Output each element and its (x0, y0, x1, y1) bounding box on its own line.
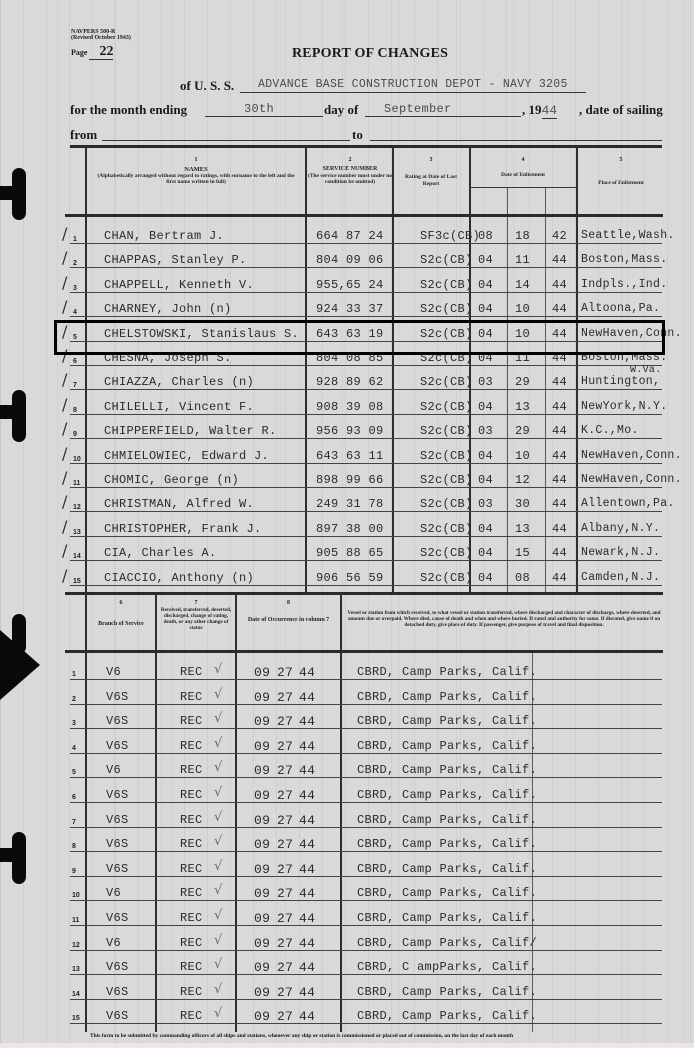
date-month-cell: 09 (254, 960, 270, 975)
name-cell: CHAPPELL, Kenneth V. (104, 278, 254, 292)
row-number: 6 (73, 358, 77, 365)
enlist-year-cell: 44 (552, 546, 567, 560)
row-number: 4 (72, 745, 76, 752)
checkmark-icon: √ (214, 957, 222, 972)
row-rule (70, 243, 662, 244)
date-year-cell: 44 (299, 788, 315, 803)
table-row[interactable]: 11V6SREC√092744CBRD, Camp Parks, Calif. (0, 908, 694, 932)
enlist-month-cell: 03 (478, 497, 493, 511)
enlist-day-cell: 14 (515, 278, 530, 292)
table-row[interactable]: 10V6REC√092744CBRD, Camp Parks, Calif. (0, 883, 694, 907)
table-row[interactable]: 9V6SREC√092744CBRD, Camp Parks, Calif. (0, 859, 694, 883)
col2-header: 2 SERVICE NUMBER (The service number mus… (308, 157, 392, 185)
row-number: 7 (73, 382, 77, 389)
uss-value: ADVANCE BASE CONSTRUCTION DEPOT - NAVY 3… (258, 78, 568, 91)
date-year-cell: 44 (299, 813, 315, 828)
row-rule (70, 802, 662, 803)
station-cell: CBRD, C ampParks, Calif. (357, 960, 537, 974)
enlist-day-cell: 10 (515, 449, 530, 463)
row-rule (70, 365, 662, 366)
row-rule (70, 900, 662, 901)
name-cell: CHAN, Bertram J. (104, 229, 224, 243)
table-row[interactable]: 15V6SREC√092744CBRD, Camp Parks, Calif. (0, 1006, 694, 1030)
place-note-cell: W.Va. (630, 365, 662, 376)
checkmark-icon: √ (214, 859, 222, 874)
page-number-field: Page 22 (71, 44, 113, 60)
enlist-day-cell: 11 (515, 253, 530, 267)
checkmark-icon: √ (214, 760, 222, 775)
date-year-cell: 44 (299, 739, 315, 754)
year-prefix: , 19 (522, 102, 542, 117)
date-year-cell: 44 (299, 837, 315, 852)
uss-label: of U. S. S. (180, 78, 234, 94)
row-rule (70, 925, 662, 926)
row-number: 13 (73, 529, 81, 536)
rating-cell: S2c(CB) (420, 302, 473, 316)
rating-cell: S2c(CB) (420, 400, 473, 414)
col8-header: 8 Date of Occurrence in column 7 (237, 600, 340, 624)
enlist-month-cell: 04 (478, 571, 493, 585)
row-number: 6 (72, 794, 76, 801)
name-cell: CHRISTMAN, Alfred W. (104, 497, 254, 511)
enlist-day-cell: 29 (515, 375, 530, 389)
tick-mark-icon: / (62, 419, 67, 438)
place-cell: K.C.,Mo. (581, 424, 639, 437)
enlist-month-cell: 04 (478, 278, 493, 292)
place-cell: NewHaven,Conn. (581, 449, 682, 462)
station-cell: CBRD, Camp Parks, Calif. (357, 665, 537, 679)
table-row[interactable]: /12CHRISTMAN, Alfred W.249 31 78S2c(CB)0… (0, 494, 694, 518)
enlist-day-cell: 29 (515, 424, 530, 438)
day-of-label: day of (324, 102, 358, 118)
table-row[interactable]: 8V6SREC√092744CBRD, Camp Parks, Calif. (0, 834, 694, 858)
date-day-cell: 27 (277, 690, 293, 705)
station-cell: CBRD, Camp Parks, Calif. (357, 788, 537, 802)
row-rule (70, 511, 662, 512)
enlist-month-cell: 04 (478, 449, 493, 463)
row-rule (70, 999, 662, 1000)
date-year-cell: 44 (299, 1009, 315, 1024)
date-day-cell: 27 (277, 788, 293, 803)
col2-num: 2 (308, 157, 392, 164)
col3-num: 3 (394, 157, 468, 164)
branch-cell: V6 (106, 665, 121, 679)
service-number-cell: 908 39 08 (316, 400, 384, 414)
status-cell: REC (180, 714, 203, 728)
enlist-year-cell: 44 (552, 424, 567, 438)
date-month-cell: 09 (254, 936, 270, 951)
date-year-cell: 44 (299, 960, 315, 975)
month-ending-label: for the month ending (70, 102, 187, 118)
name-cell: CHIPPERFIELD, Walter R. (104, 424, 277, 438)
place-cell: Albany,N.Y. (581, 522, 660, 535)
date-day-cell: 27 (277, 862, 293, 877)
row-number: 13 (72, 966, 80, 973)
enlist-month-cell: 03 (478, 424, 493, 438)
table-row[interactable]: /15CIACCIO, Anthony (n)906 56 59S2c(CB)0… (0, 568, 694, 592)
row-number: 11 (73, 480, 80, 487)
row-rule (70, 679, 662, 680)
year-suffix: 44 (542, 103, 558, 119)
service-number-cell: 955,65 24 (316, 278, 384, 292)
enlist-day-cell: 15 (515, 546, 530, 560)
place-cell: Newark,N.J. (581, 546, 660, 559)
station-cell: CBRD, Camp Parks, Calif. (357, 911, 537, 925)
binder-clip-top-arm (0, 186, 20, 200)
enlist-year-cell: 44 (552, 449, 567, 463)
enl-sub-rule (469, 187, 576, 188)
checkmark-icon: √ (214, 785, 222, 800)
row-rule (70, 851, 662, 852)
rating-cell: S2c(CB) (420, 497, 473, 511)
service-number-cell: 664 87 24 (316, 229, 384, 243)
col3-title: Rating at Date of Last Report (394, 174, 468, 188)
table-row[interactable]: 1V6REC√092744CBRD, Camp Parks, Calif. (0, 662, 694, 686)
table-row[interactable]: 6V6SREC√092744CBRD, Camp Parks, Calif. (0, 785, 694, 809)
name-cell: CHIAZZA, Charles (n) (104, 375, 254, 389)
page-label: Page (71, 48, 87, 57)
upper-header-bottom-rule (65, 214, 663, 217)
tick-mark-icon: / (62, 541, 67, 560)
place-cell: Camden,N.J. (581, 571, 660, 584)
station-cell: CBRD, Camp Parks, Calif. (357, 862, 537, 876)
row-rule (70, 267, 662, 268)
date-day-cell: 27 (277, 985, 293, 1000)
month-day-value: 30th (244, 102, 274, 116)
date-year-cell: 44 (299, 690, 315, 705)
from-label: from (70, 127, 97, 143)
checkmark-icon: √ (214, 908, 222, 923)
table-row[interactable]: /14CIA, Charles A.905 88 65S2c(CB)041544… (0, 543, 694, 567)
status-cell: REC (180, 837, 203, 851)
checkmark-icon: √ (214, 711, 222, 726)
table-row[interactable]: 3V6SREC√092744CBRD, Camp Parks, Calif. (0, 711, 694, 735)
date-month-cell: 09 (254, 837, 270, 852)
row-number: 12 (73, 504, 81, 511)
date-month-cell: 09 (254, 1009, 270, 1024)
row-number: 1 (73, 236, 77, 243)
checkmark-icon: √ (214, 982, 222, 997)
col6-title: Branch of Service (87, 621, 155, 628)
row-number: 15 (72, 1015, 80, 1022)
station-cell: CBRD, Camp Parks, Calif. (357, 690, 537, 704)
service-number-cell: 905 88 65 (316, 546, 384, 560)
year-label: , 1944 (522, 102, 557, 118)
name-cell: CHAPPAS, Stanley P. (104, 253, 247, 267)
rating-cell: S2c(CB) (420, 278, 473, 292)
col2-title: SERVICE NUMBER (308, 166, 392, 173)
rating-cell: SF3c(CB) (420, 229, 480, 243)
enlist-month-cell: 04 (478, 400, 493, 414)
table-row[interactable]: /13CHRISTOPHER, Frank J.897 38 00S2c(CB)… (0, 519, 694, 543)
status-cell: REC (180, 911, 203, 925)
station-cell: CBRD, Camp Parks, Calif/ (357, 936, 537, 950)
row-rule (70, 292, 662, 293)
enlist-year-cell: 44 (552, 522, 567, 536)
tick-mark-icon: / (62, 517, 67, 536)
station-cell: CBRD, Camp Parks, Calif. (357, 714, 537, 728)
row-number: 11 (72, 917, 79, 924)
month-day-underline (205, 116, 323, 117)
enlist-month-cell: 04 (478, 522, 493, 536)
table-row[interactable]: 2V6SREC√092744CBRD, Camp Parks, Calif. (0, 687, 694, 711)
form-id: NAVPERS 500-R (Revised October 1943) (71, 29, 131, 41)
checkmark-icon: √ (214, 834, 222, 849)
col8-title: Date of Occurrence in column 7 (237, 617, 340, 624)
enlist-month-cell: 04 (478, 546, 493, 560)
tick-mark-icon: / (62, 248, 67, 267)
row-rule (70, 487, 662, 488)
date-year-cell: 44 (299, 936, 315, 951)
place-cell: Seattle,Wash. (581, 229, 675, 242)
row-rule (70, 1023, 662, 1024)
enlist-year-cell: 44 (552, 302, 567, 316)
table-row[interactable]: 12V6REC√092744CBRD, Camp Parks, Calif/ (0, 933, 694, 957)
date-year-cell: 44 (299, 763, 315, 778)
col5-num: 5 (578, 157, 664, 164)
row-number: 10 (72, 892, 80, 899)
table-row[interactable]: 7V6SREC√092744CBRD, Camp Parks, Calif. (0, 810, 694, 834)
table-row[interactable]: /3CHAPPELL, Kenneth V.955,65 24S2c(CB)04… (0, 275, 694, 299)
rating-cell: S2c(CB) (420, 424, 473, 438)
date-year-cell: 44 (299, 886, 315, 901)
row-rule (70, 777, 662, 778)
branch-cell: V6S (106, 985, 129, 999)
row-number: 8 (73, 407, 77, 414)
lower-header-bottom-rule (65, 650, 663, 653)
date-day-cell: 27 (277, 739, 293, 754)
row-number: 14 (73, 553, 81, 560)
date-month-cell: 09 (254, 886, 270, 901)
col4-title: Date of Enlistment (470, 172, 576, 179)
table-row[interactable]: 4V6SREC√092744CBRD, Camp Parks, Calif. (0, 736, 694, 760)
date-day-cell: 27 (277, 837, 293, 852)
date-year-cell: 44 (299, 911, 315, 926)
row-number: 2 (73, 260, 77, 267)
row-number: 9 (73, 431, 77, 438)
row-rule (70, 876, 662, 877)
date-day-cell: 27 (277, 936, 293, 951)
date-month-cell: 09 (254, 911, 270, 926)
col7-title: Received, transferred, deserted, dischar… (157, 607, 235, 631)
table-row[interactable]: /9CHIPPERFIELD, Walter R.956 93 09S2c(CB… (0, 421, 694, 445)
date-day-cell: 27 (277, 714, 293, 729)
station-cell: CBRD, Camp Parks, Calif. (357, 837, 537, 851)
row-number: 3 (73, 285, 77, 292)
uss-underline (240, 92, 586, 93)
highlighted-row-box (54, 320, 665, 355)
date-day-cell: 27 (277, 960, 293, 975)
enlist-day-cell: 18 (515, 229, 530, 243)
row-number: 8 (72, 843, 76, 850)
row-rule (70, 950, 662, 951)
table-row[interactable]: 5V6REC√092744CBRD, Camp Parks, Calif. (0, 760, 694, 784)
service-number-cell: 643 63 11 (316, 449, 384, 463)
place-cell: Indpls.,Ind. (581, 278, 667, 291)
row-number: 9 (72, 868, 76, 875)
enlist-year-cell: 44 (552, 375, 567, 389)
page-number: 22 (89, 44, 113, 60)
service-number-cell: 956 93 09 (316, 424, 384, 438)
table-row[interactable]: 13V6SREC√092744CBRD, C ampParks, Calif. (0, 957, 694, 981)
date-month-cell: 09 (254, 813, 270, 828)
rating-cell: S2c(CB) (420, 522, 473, 536)
col5-title: Place of Enlistment (578, 180, 664, 187)
checkmark-icon: √ (214, 933, 222, 948)
col1-header: 1 NAMES (Alphabetically arranged without… (88, 157, 304, 185)
enlist-year-cell: 44 (552, 497, 567, 511)
row-number: 14 (72, 991, 80, 998)
service-number-cell: 804 09 06 (316, 253, 384, 267)
enlist-month-cell: 08 (478, 229, 493, 243)
to-label: to (352, 127, 363, 143)
status-cell: REC (180, 886, 203, 900)
table-row[interactable]: /1CHAN, Bertram J.664 87 24SF3c(CB)08184… (0, 226, 694, 250)
month-value: September (384, 102, 452, 116)
table-row[interactable]: /7CHIAZZA, Charles (n)928 89 62S2c(CB)03… (0, 372, 694, 396)
service-number-cell: 249 31 78 (316, 497, 384, 511)
checkmark-icon: √ (214, 736, 222, 751)
station-cell: CBRD, Camp Parks, Calif. (357, 985, 537, 999)
date-month-cell: 09 (254, 739, 270, 754)
enlist-day-cell: 12 (515, 473, 530, 487)
row-number: 5 (72, 769, 76, 776)
name-cell: CHARNEY, John (n) (104, 302, 232, 316)
status-cell: REC (180, 788, 203, 802)
checkmark-icon: √ (214, 1006, 222, 1021)
service-number-cell: 924 33 37 (316, 302, 384, 316)
col1-title: NAMES (88, 166, 304, 173)
place-cell: NewYork,N.Y. (581, 400, 667, 413)
status-cell: REC (180, 1009, 203, 1023)
place-cell: Boston,Mass. (581, 253, 667, 266)
rating-cell: S2c(CB) (420, 546, 473, 560)
checkmark-icon: √ (214, 883, 222, 898)
rating-cell: S2c(CB) (420, 571, 473, 585)
name-cell: CIACCIO, Anthony (n) (104, 571, 254, 585)
col9-title: Vessel or station from which received, t… (344, 610, 664, 628)
col2-sub: (The service number must under no condit… (308, 173, 392, 185)
name-cell: CHRISTOPHER, Frank J. (104, 522, 262, 536)
row-rule (70, 463, 662, 464)
row-number: 1 (72, 671, 76, 678)
col6-num: 6 (87, 600, 155, 607)
month-underline (365, 116, 521, 117)
status-cell: REC (180, 763, 203, 777)
row-number: 15 (73, 578, 81, 585)
date-month-cell: 09 (254, 763, 270, 778)
station-cell: CBRD, Camp Parks, Calif. (357, 886, 537, 900)
station-cell: CBRD, Camp Parks, Calif. (357, 1009, 537, 1023)
col8-num: 8 (237, 600, 340, 607)
row-number: 2 (72, 696, 76, 703)
table-row[interactable]: 14V6SREC√092744CBRD, Camp Parks, Calif. (0, 982, 694, 1006)
tick-mark-icon: / (62, 444, 67, 463)
row-rule (70, 536, 662, 537)
service-number-cell: 928 89 62 (316, 375, 384, 389)
enlist-month-cell: 03 (478, 375, 493, 389)
service-number-cell: 906 56 59 (316, 571, 384, 585)
table-row[interactable]: /8CHILELLI, Vincent F.908 39 08S2c(CB)04… (0, 397, 694, 421)
col6-header: 6 Branch of Service (87, 600, 155, 628)
sailing-label: , date of sailing (579, 102, 663, 118)
col7-header: 7 Received, transferred, deserted, disch… (157, 600, 235, 631)
branch-cell: V6 (106, 936, 121, 950)
date-year-cell: 44 (299, 665, 315, 680)
tick-mark-icon: / (62, 566, 67, 585)
row-rule (70, 389, 662, 390)
checkmark-icon: √ (214, 810, 222, 825)
col4-header: 4 Date of Enlistment (470, 157, 576, 179)
table-row[interactable]: /2CHAPPAS, Stanley P.804 09 06S2c(CB)041… (0, 250, 694, 274)
tick-mark-icon: / (62, 395, 67, 414)
enlist-day-cell: 10 (515, 302, 530, 316)
checkmark-icon: √ (214, 687, 222, 702)
branch-cell: V6S (106, 739, 129, 753)
report-title: REPORT OF CHANGES (292, 46, 448, 62)
date-day-cell: 27 (277, 911, 293, 926)
footer-note: This form to be submitted by commanding … (90, 1033, 513, 1039)
date-day-cell: 27 (277, 1009, 293, 1024)
col1-num: 1 (88, 157, 304, 164)
to-underline (370, 140, 662, 141)
branch-cell: V6S (106, 862, 129, 876)
branch-cell: V6 (106, 763, 121, 777)
rating-cell: S2c(CB) (420, 375, 473, 389)
enlist-year-cell: 44 (552, 473, 567, 487)
enlist-month-cell: 04 (478, 302, 493, 316)
row-number: 10 (73, 456, 81, 463)
header-rule (70, 145, 662, 148)
date-day-cell: 27 (277, 665, 293, 680)
status-cell: REC (180, 665, 203, 679)
date-year-cell: 44 (299, 714, 315, 729)
branch-cell: V6S (106, 813, 129, 827)
date-day-cell: 27 (277, 886, 293, 901)
rating-cell: S2c(CB) (420, 449, 473, 463)
place-cell: Allentown,Pa. (581, 497, 675, 510)
place-cell: Huntington, (581, 375, 660, 388)
checkmark-icon: √ (214, 662, 222, 677)
status-cell: REC (180, 690, 203, 704)
tick-mark-icon: / (62, 370, 67, 389)
enlist-month-cell: 04 (478, 253, 493, 267)
enlist-year-cell: 44 (552, 278, 567, 292)
branch-cell: V6S (106, 837, 129, 851)
name-cell: CHILELLI, Vincent F. (104, 400, 254, 414)
form-revised-text: (Revised October 1943) (71, 35, 131, 41)
row-rule (70, 316, 662, 317)
tick-mark-icon: / (62, 468, 67, 487)
col9-header: Vessel or station from which received, t… (344, 610, 664, 628)
tick-mark-icon: / (62, 224, 67, 243)
date-month-cell: 09 (254, 714, 270, 729)
status-cell: REC (180, 960, 203, 974)
name-cell: CHMIELOWIEC, Edward J. (104, 449, 269, 463)
enlist-year-cell: 44 (552, 253, 567, 267)
status-cell: REC (180, 739, 203, 753)
col7-num: 7 (157, 600, 235, 607)
table-row[interactable]: /10CHMIELOWIEC, Edward J.643 63 11S2c(CB… (0, 446, 694, 470)
branch-cell: V6S (106, 714, 129, 728)
branch-cell: V6S (106, 690, 129, 704)
name-cell: CHOMIC, George (n) (104, 473, 239, 487)
row-rule (70, 974, 662, 975)
table-row[interactable]: /11CHOMIC, George (n)898 99 66S2c(CB)041… (0, 470, 694, 494)
enlist-day-cell: 13 (515, 400, 530, 414)
row-rule (70, 827, 662, 828)
from-underline (102, 140, 350, 141)
